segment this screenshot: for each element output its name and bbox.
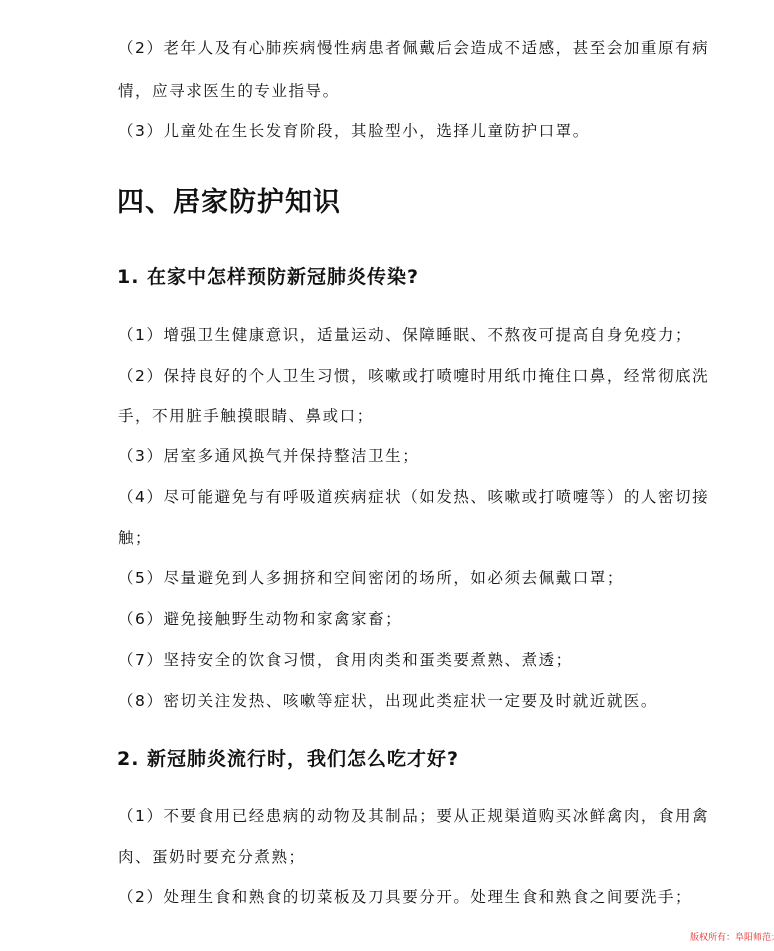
paragraph-line: （3）居室多通风换气并保持整洁卫生； xyxy=(118,446,419,466)
paragraph-line: （6）避免接触野生动物和家禽家畜； xyxy=(118,609,402,629)
paragraph-line: 情，应寻求医生的专业指导。 xyxy=(118,81,340,101)
section-title: 四、居家防护知识 xyxy=(117,186,341,220)
paragraph-line: （1）不要食用已经患病的动物及其制品；要从正规渠道购买冰鲜禽肉，食用禽 xyxy=(118,806,709,826)
paragraph-line: （2）处理生食和熟食的切菜板及刀具要分开。处理生食和熟食之间要洗手； xyxy=(118,887,692,907)
paragraph-line: 手，不用脏手触摸眼睛、鼻或口； xyxy=(118,406,374,426)
question-heading-1: 1. 在家中怎样预防新冠肺炎传染? xyxy=(117,265,419,289)
paragraph-line: （3）儿童处在生长发育阶段，其脸型小，选择儿童防护口罩。 xyxy=(118,121,590,141)
paragraph-line: 触； xyxy=(118,528,152,548)
paragraph-line: （8）密切关注发热、咳嗽等症状，出现此类症状一定要及时就近就医。 xyxy=(118,691,658,711)
paragraph-line: 肉、蛋奶时要充分煮熟； xyxy=(118,847,306,867)
paragraph-line: （2）老年人及有心肺疾病慢性病患者佩戴后会造成不适感，甚至会加重原有病 xyxy=(118,38,709,58)
paragraph-line: （2）保持良好的个人卫生习惯，咳嗽或打喷嚏时用纸巾掩住口鼻，经常彻底洗 xyxy=(118,366,709,386)
paragraph-line: （5）尽量避免到人多拥挤和空间密闭的场所，如必须去佩戴口罩； xyxy=(118,568,624,588)
question-heading-2: 2. 新冠肺炎流行时，我们怎么吃才好? xyxy=(117,747,459,771)
copyright-watermark: 版权所有：阜阳师范大学 xyxy=(690,930,774,943)
paragraph-line: （7）坚持安全的饮食习惯，食用肉类和蛋类要煮熟、煮透； xyxy=(118,650,573,670)
paragraph-line: （4）尽可能避免与有呼吸道疾病症状（如发热、咳嗽或打喷嚏等）的人密切接 xyxy=(118,487,709,507)
paragraph-line: （1）增强卫生健康意识，适量运动、保障睡眠、不熬夜可提高自身免疫力； xyxy=(118,325,692,345)
document-page: （2）老年人及有心肺疾病慢性病患者佩戴后会造成不适感，甚至会加重原有病 情，应寻… xyxy=(0,0,774,951)
